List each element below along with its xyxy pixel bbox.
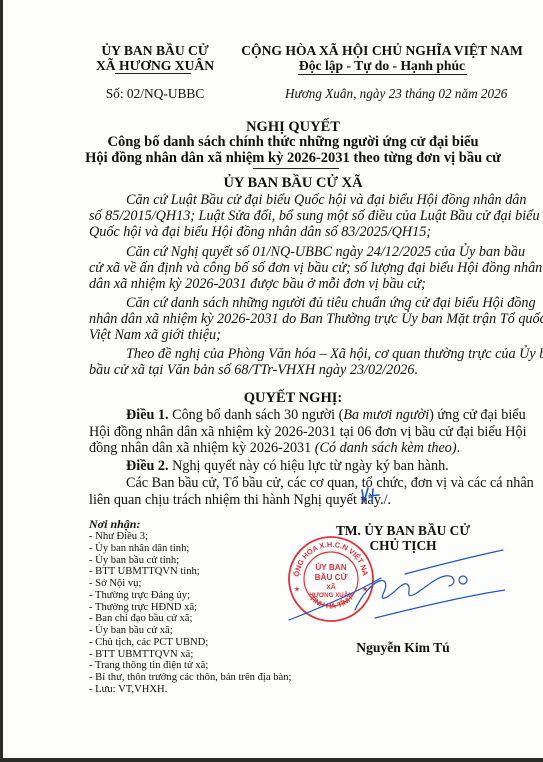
preamble-4: Theo đề nghị của Phòng Văn hóa – Xã hội,… [89, 346, 543, 378]
recipient-item: - Sở Nội vụ; [89, 578, 291, 590]
decision-heading: QUYẾT NGHỊ: [43, 390, 543, 407]
recipient-item: - Như Điều 3; [89, 531, 291, 543]
article-1: Điều 1. Công bố danh sách 30 người (Ba m… [89, 407, 527, 457]
issuer-heading: ỦY BAN BẦU CỬ XÃ [43, 175, 543, 192]
recipient-item: - Trang thông tin điện tử xã; [89, 660, 291, 672]
issuing-org-line1: ỦY BAN BẦU CỬ [85, 43, 225, 58]
recipient-item: - Thường trực Đảng ủy; [89, 590, 291, 602]
handwritten-signature-icon [285, 548, 505, 648]
recipient-item: - Chủ tịch, các PCT UBND; [89, 637, 291, 649]
closing-clause: Các Ban bầu cử, Tổ bầu cử, các cơ quan, … [89, 475, 534, 508]
signer-name: Nguyễn Kim Tú [303, 640, 503, 656]
preamble-1: Căn cứ Luật Bầu cử đại biểu Quốc hội và … [89, 192, 540, 241]
preamble-3: Căn cứ danh sách những người đủ tiêu chu… [89, 295, 543, 344]
org-underline [115, 73, 191, 74]
place-date: Hương Xuân, ngày 23 tháng 02 năm 2026 [285, 86, 507, 102]
document-page: ỦY BAN BẦU CỬ XÃ HƯƠNG XUÂN Số: 02/NQ-UB… [3, 0, 543, 758]
recipients-list: - Như Điều 3;- Ủy ban nhân dân tỉnh;- Ủy… [89, 531, 291, 696]
recipients-heading: Nơi nhận: [89, 517, 140, 532]
article-2-label: Điều 2. [126, 458, 169, 474]
recipient-item: - Ủy ban nhân dân tỉnh; [89, 543, 291, 555]
national-motto: CỘNG HÒA XÃ HỘI CHỦ NGHĨA VIỆT NAM Độc l… [239, 43, 525, 73]
motto-underline [298, 74, 467, 75]
issuing-org: ỦY BAN BẦU CỬ XÃ HƯƠNG XUÂN [85, 43, 225, 73]
article-1-label: Điều 1. [126, 407, 169, 423]
document-title: NGHỊ QUYẾT Công bố danh sách chính thức … [43, 120, 543, 166]
recipient-item: - Ủy ban bầu cử xã; [89, 625, 291, 637]
document-number: Số: 02/NQ-UBBC [85, 86, 225, 102]
recipient-item: - Lưu: VT,VHXH. [89, 684, 291, 696]
article-2: Điều 2. Nghị quyết này có hiệu lực từ ng… [126, 458, 449, 475]
recipient-item: - Thường trực HĐND xã; [89, 602, 291, 614]
recipient-item: - BTT UBMTTQVN tỉnh; [89, 566, 291, 578]
nation-name: CỘNG HÒA XÃ HỘI CHỦ NGHĨA VIỆT NAM [239, 43, 525, 58]
doc-type: NGHỊ QUYẾT [43, 120, 543, 135]
subject-line2: Hội đồng nhân dân xã nhiệm kỳ 2026-2031 … [43, 151, 543, 166]
recipient-item: - Ban chỉ đạo bầu cử xã; [89, 613, 291, 625]
motto: Độc lập - Tự do - Hạnh phúc [239, 58, 525, 73]
recipient-item: - Ủy ban bầu cử tỉnh; [89, 555, 291, 567]
preamble-2: Căn cứ Nghị quyết số 01/NQ-UBBC ngày 24/… [89, 244, 542, 293]
title-underline [253, 168, 339, 169]
recipient-item: - BTT UBMTTQVN xã; [89, 649, 291, 661]
recipient-item: - Bí thư, thôn trưởng các thôn, bản trên… [89, 672, 291, 684]
subject-line1: Công bố danh sách chính thức những người… [43, 135, 543, 150]
initials-mark-icon [359, 486, 383, 504]
issuing-org-line2: XÃ HƯƠNG XUÂN [85, 58, 225, 73]
